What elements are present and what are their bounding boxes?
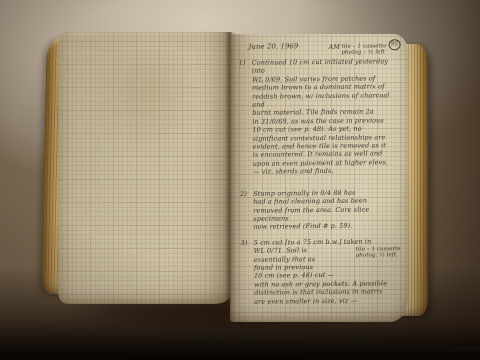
table-edge-strip [0,347,480,360]
left-blank-page [58,32,232,304]
date-text: June 20, 1969 [249,42,299,51]
entry-1-text: Continued 10 cm cut initiated yesterday … [252,57,390,176]
page-number-badge: 95 [389,39,401,50]
entry-1-number: 1) [239,59,246,67]
entry-2-number: 2) [240,189,247,197]
header-line: June 20, 1969 AM tile – 1 cassette photo… [239,39,401,59]
entry-3-number: 3) [241,238,248,246]
spine-gutter-shadow [224,32,236,322]
entry-2-text: Stump originally in 0/4 88 has had a fin… [253,188,369,231]
entry-3-side-note: tile – 1 cassette photog. ⅓ left. [356,246,401,260]
corner-note: tile – 1 cassette photog – ½ left [341,43,386,56]
entry-2: 2) Stump originally in 0/4 88 has had a … [240,188,402,232]
handwritten-notes: June 20, 1969 AM tile – 1 cassette photo… [239,39,404,319]
entry-3: 3) 5 cm cut [to a 75 cm b.w.] taken in W… [241,237,404,306]
photo-background: June 20, 1969 AM tile – 1 cassette photo… [0,0,480,360]
entry-1: 1) Continued 10 cm cut initiated yesterd… [239,57,402,176]
meridiem-text: AM [329,43,341,52]
